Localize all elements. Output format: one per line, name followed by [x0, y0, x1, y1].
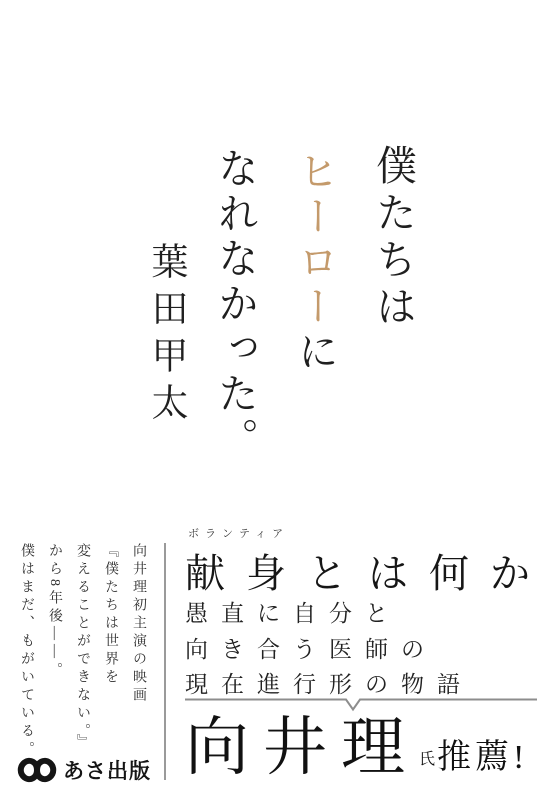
title-line-3: なれなかった。: [206, 147, 265, 462]
infinity-loop-icon: [16, 756, 58, 784]
recommender-name: 向井理: [185, 716, 419, 780]
title-line-2: ヒーローに: [286, 150, 345, 375]
recommender-honorific: 氏: [419, 746, 435, 769]
tagline-column: から8年後――。: [40, 543, 68, 767]
author-name: 葉田甲太: [138, 242, 192, 430]
tagline-column: 変えることができない。』: [68, 543, 96, 767]
headline-sub-line: 向き合う医師の: [185, 632, 473, 668]
headline-furigana: ボランティア: [188, 525, 289, 541]
recommendation: 向井理 氏 推薦!: [185, 716, 528, 780]
headline-sub-line: 愚直に自分と: [185, 596, 473, 632]
book-cover: 僕たちは ヒーローに なれなかった。 葉田甲太 向井理初主演の映画 『僕たちは世…: [0, 0, 544, 800]
recommendation-text: 推薦!: [437, 741, 528, 775]
title-line-2-accent: ヒーロー: [292, 150, 338, 330]
headline-main: 献身とは何か: [185, 542, 544, 599]
publisher-name: あさ出版: [63, 755, 151, 785]
publisher-logo: あさ出版: [16, 755, 151, 785]
title-line-1: 僕たちは: [364, 144, 423, 332]
tagline-column: 『僕たちは世界を: [96, 543, 124, 767]
down-brace-icon: [185, 698, 537, 712]
vertical-divider: [164, 543, 166, 780]
tagline-column: 僕はまだ、もがいている。: [12, 543, 40, 767]
tagline-column: 向井理初主演の映画: [124, 543, 152, 767]
tagline-block: 向井理初主演の映画 『僕たちは世界を 変えることができない。』 から8年後――。…: [12, 543, 152, 767]
headline-subtitle: 愚直に自分と 向き合う医師の 現在進行形の物語: [185, 596, 473, 703]
title-line-2-rest: に: [292, 330, 338, 375]
